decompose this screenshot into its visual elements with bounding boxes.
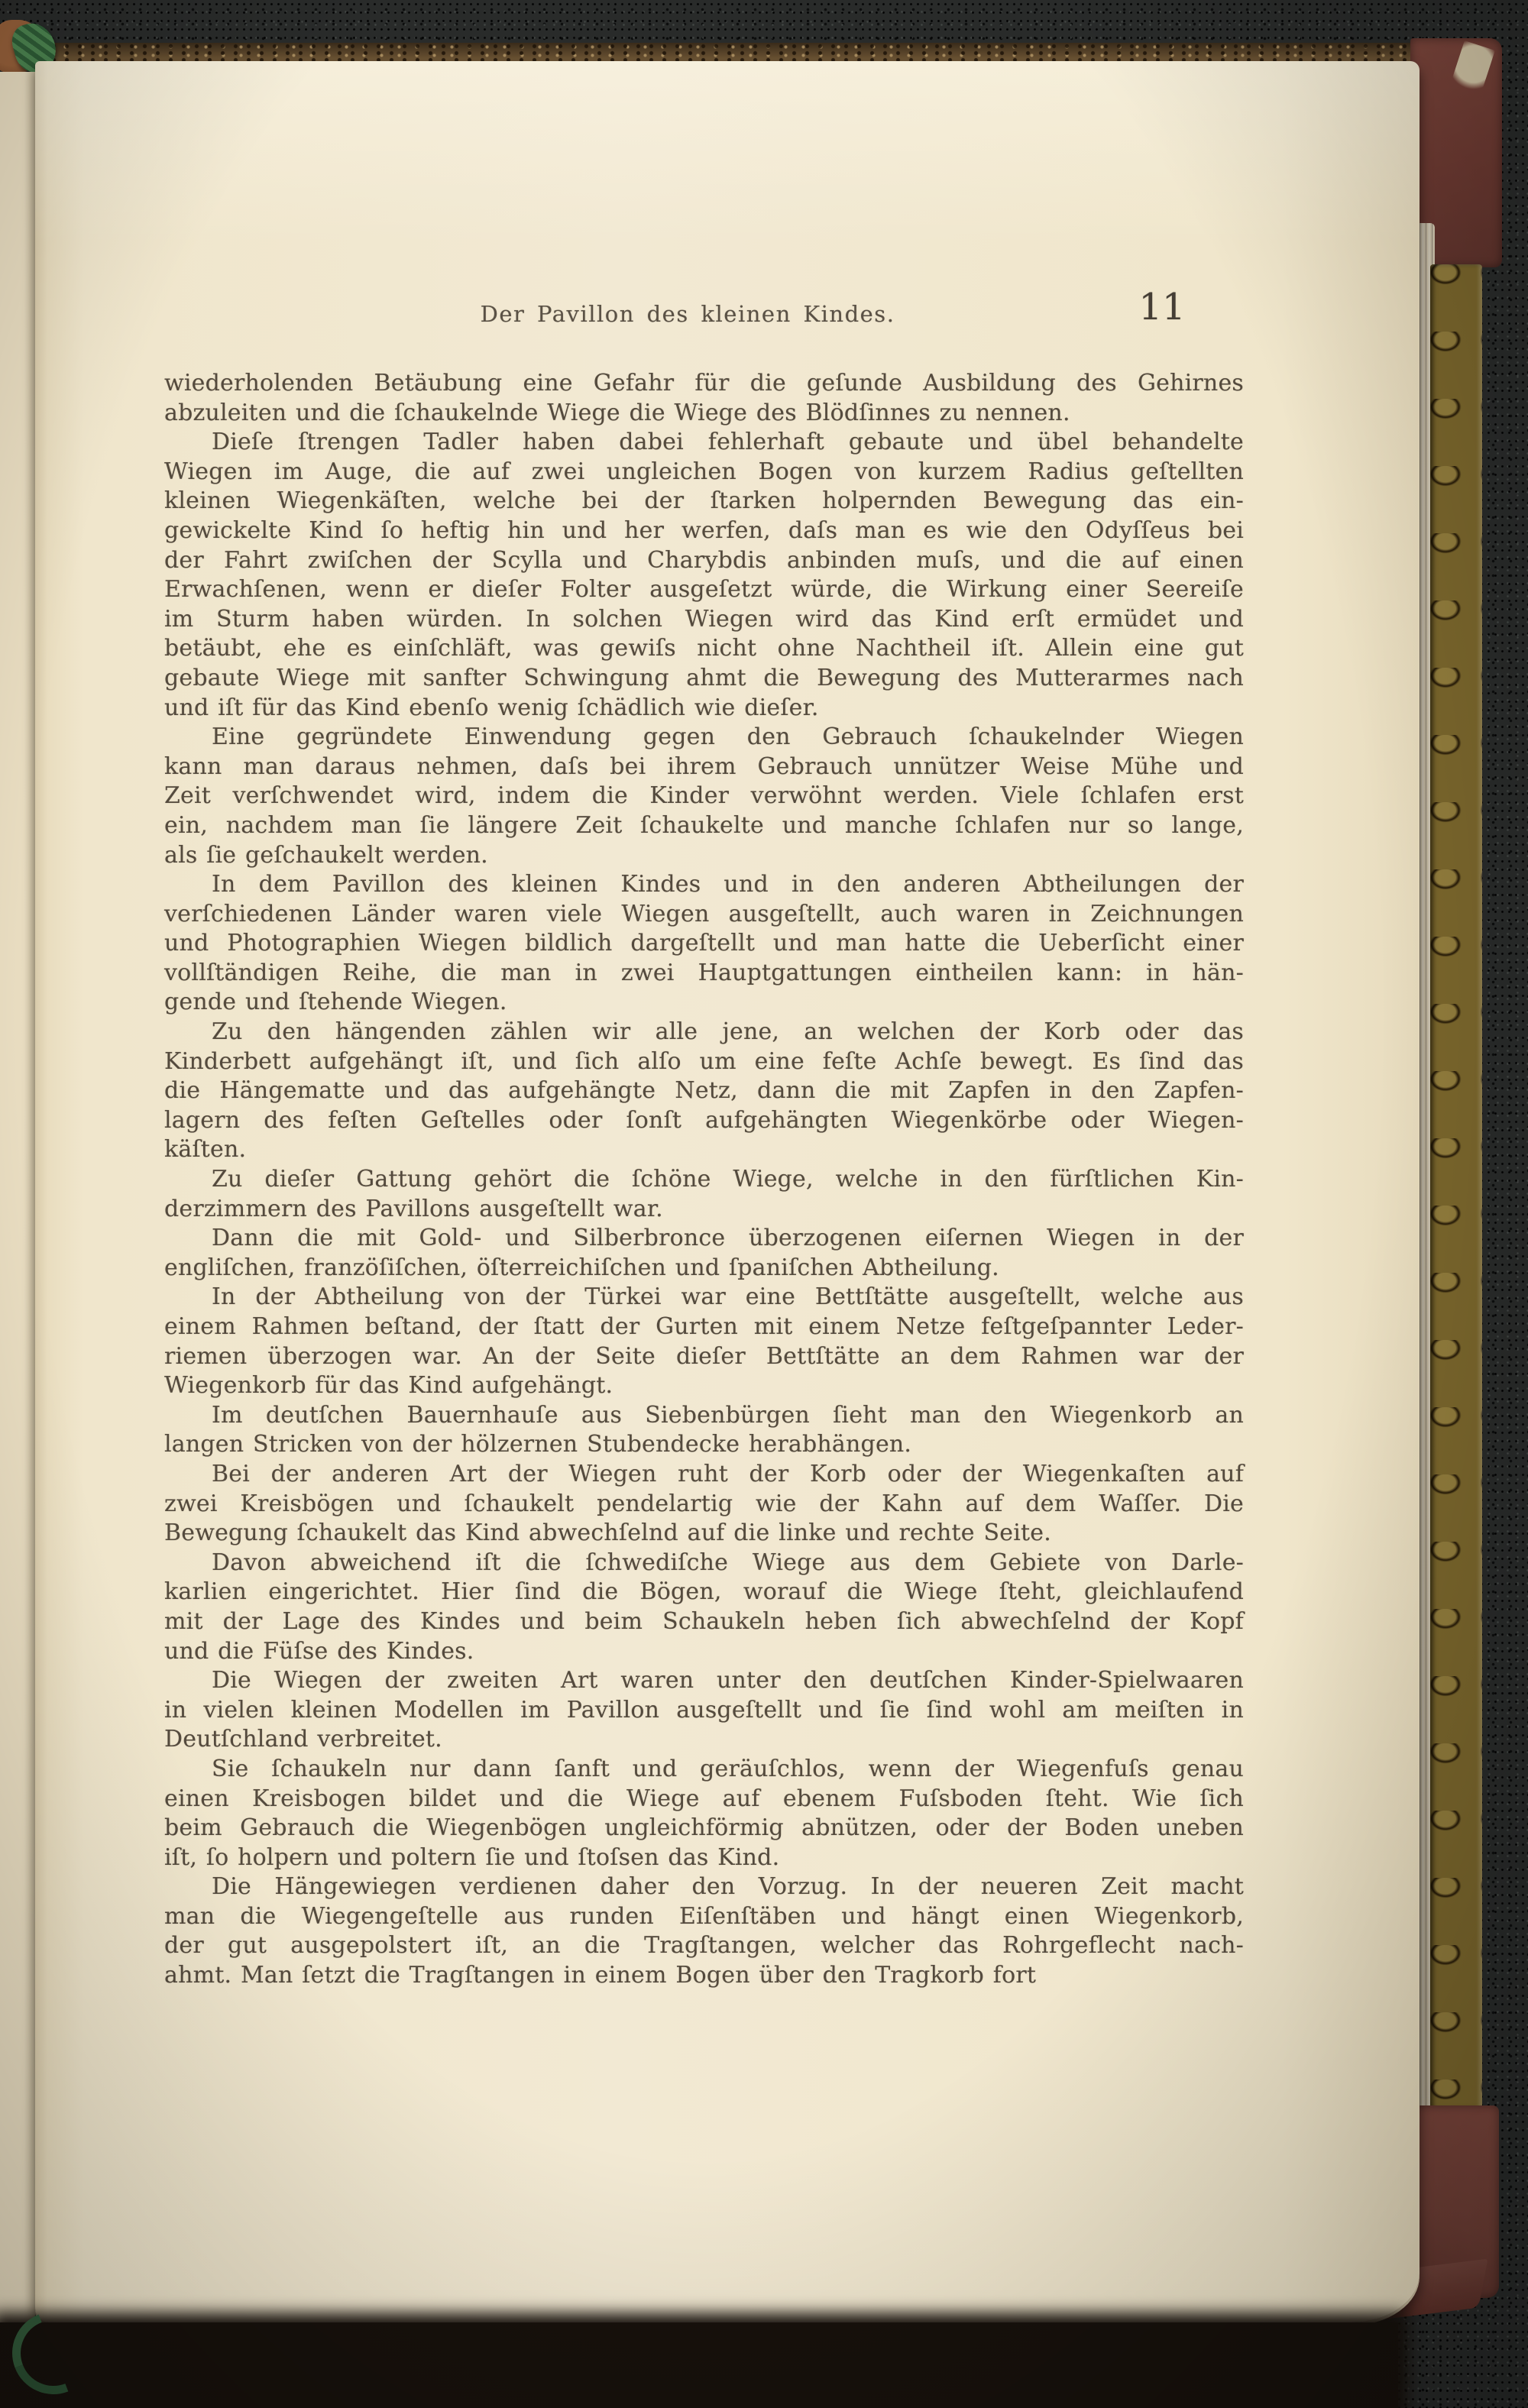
text-line: Zu dieſer Gattung gehört die ſchöne Wieg… (164, 1165, 1244, 1195)
text-line: Kinderbett aufgehängt iſt, und ſich alſo… (164, 1047, 1244, 1077)
text-line: gebaute Wiege mit sanfter Schwingung ahm… (164, 664, 1244, 694)
text-line: lagern des feſten Geſtelles oder ſonſt a… (164, 1106, 1244, 1136)
text-line: zwei Kreisbögen und ſchaukelt pendelarti… (164, 1490, 1244, 1520)
text-line: wiederholenden Betäubung eine Gefahr für… (164, 369, 1244, 399)
text-line: einem Rahmen beſtand, der ſtatt der Gurt… (164, 1312, 1244, 1342)
text-line: Zeit verſchwendet wird, indem die Kinder… (164, 782, 1244, 811)
text-line: Die Wiegen der zweiten Art waren unter d… (164, 1666, 1244, 1696)
text-line: kleinen Wiegenkäſten, welche bei der ſta… (164, 487, 1244, 516)
paragraph: Bei der anderen Art der Wiegen ruht der … (164, 1460, 1244, 1549)
paragraph: Im deutſchen Bauernhauſe aus Siebenbürge… (164, 1401, 1244, 1460)
text-line: Bewegung ſchaukelt das Kind abwechſelnd … (164, 1519, 1244, 1549)
text-line: derzimmern des Pavillons ausgeſtellt war… (164, 1195, 1244, 1225)
text-line: engliſchen, franzöſiſchen, öſterreichiſc… (164, 1254, 1244, 1283)
text-line: abzuleiten und die ſchaukelnde Wiege die… (164, 399, 1244, 429)
text-line: Bei der anderen Art der Wiegen ruht der … (164, 1460, 1244, 1490)
text-line: beim Gebrauch die Wiegenbögen ungleichfö… (164, 1814, 1244, 1843)
text-line: iſt, ſo holpern und poltern ſie und ſtoſ… (164, 1843, 1244, 1873)
text-line: Im deutſchen Bauernhauſe aus Siebenbürge… (164, 1401, 1244, 1431)
text-line: die Hängematte und das aufgehängte Netz,… (164, 1076, 1244, 1106)
text-line: verſchiedenen Länder waren viele Wiegen … (164, 900, 1244, 930)
text-line: riemen überzogen war. An der Seite dieſe… (164, 1342, 1244, 1372)
page-number: 11 (1128, 286, 1196, 329)
text-line: Erwachſenen, wenn er dieſer Folter ausge… (164, 575, 1244, 605)
text-line: Zu den hängenden zählen wir alle jene, a… (164, 1018, 1244, 1047)
running-head-title: Der Pavillon des kleinen Kindes. (458, 301, 917, 327)
paragraph: Eine gegründete Einwendung gegen den Geb… (164, 723, 1244, 870)
text-line: Davon abweichend iſt die ſchwediſche Wie… (164, 1549, 1244, 1578)
text-line: Sie ſchaukeln nur dann ſanft und geräuſc… (164, 1755, 1244, 1785)
facing-page-edge (0, 72, 35, 2327)
paragraph: Dieſe ſtrengen Tadler haben dabei fehler… (164, 428, 1244, 723)
text-line: betäubt, ehe es einſchläft, was gewiſs n… (164, 634, 1244, 664)
text-line: In dem Pavillon des kleinen Kindes und i… (164, 870, 1244, 900)
text-line: Dann die mit Gold- und Silberbronce über… (164, 1224, 1244, 1254)
paragraph: Die Hängewiegen verdienen daher den Vorz… (164, 1872, 1244, 1990)
paragraph: wiederholenden Betäubung eine Gefahr für… (164, 369, 1244, 428)
text-line: Dieſe ſtrengen Tadler haben dabei fehler… (164, 428, 1244, 458)
text-line: einen Kreisbogen bildet und die Wiege au… (164, 1785, 1244, 1814)
text-line: und Photographien Wiegen bildlich dargeſ… (164, 929, 1244, 959)
paragraph: Die Wiegen der zweiten Art waren unter d… (164, 1666, 1244, 1755)
paragraph: Sie ſchaukeln nur dann ſanft und geräuſc… (164, 1755, 1244, 1872)
paragraph: Zu den hängenden zählen wir alle jene, a… (164, 1018, 1244, 1165)
text-line: im Sturm haben würden. In solchen Wiegen… (164, 605, 1244, 635)
text-block: wiederholenden Betäubung eine Gefahr für… (164, 369, 1244, 1991)
text-line: und iſt für das Kind ebenſo wenig ſchädl… (164, 694, 1244, 723)
text-line: ein, nachdem man ſie längere Zeit ſchauk… (164, 811, 1244, 841)
text-line: In der Abtheilung von der Türkei war ein… (164, 1283, 1244, 1312)
text-line: in vielen kleinen Modellen im Pavillon a… (164, 1696, 1244, 1726)
text-line: Deutſchland verbreitet. (164, 1725, 1244, 1755)
text-line: karlien eingerichtet. Hier ſind die Böge… (164, 1578, 1244, 1607)
paragraph: In der Abtheilung von der Türkei war ein… (164, 1283, 1244, 1400)
text-line: gewickelte Kind ſo heftig hin und her we… (164, 516, 1244, 546)
text-line: Eine gegründete Einwendung gegen den Geb… (164, 723, 1244, 752)
text-line: gende und ſtehende Wiegen. (164, 988, 1244, 1018)
text-line: man die Wiegengeſtelle aus runden Eiſenſ… (164, 1902, 1244, 1932)
text-line: Wiegen im Auge, die auf zwei ungleichen … (164, 458, 1244, 487)
text-line: käſten. (164, 1135, 1244, 1165)
text-line: kann man daraus nehmen, daſs bei ihrem G… (164, 752, 1244, 782)
text-line: und die Füſse des Kindes. (164, 1637, 1244, 1667)
paragraph: Davon abweichend iſt die ſchwediſche Wie… (164, 1549, 1244, 1666)
text-line: der gut ausgepolstert iſt, an die Tragſt… (164, 1931, 1244, 1961)
text-line: langen Stricken von der hölzernen Stuben… (164, 1430, 1244, 1460)
text-line: ahmt. Man ſetzt die Tragſtangen in einem… (164, 1961, 1244, 1991)
text-line: mit der Lage des Kindes und beim Schauke… (164, 1607, 1244, 1637)
text-line: vollſtändigen Reihe, die man in zwei Hau… (164, 959, 1244, 989)
marbled-cover-edge (1430, 264, 1482, 2109)
bottom-board-shadow (0, 2322, 1398, 2408)
text-line: Wiegenkorb für das Kind aufgehängt. (164, 1371, 1244, 1401)
paragraph: Zu dieſer Gattung gehört die ſchöne Wieg… (164, 1165, 1244, 1224)
paragraph: In dem Pavillon des kleinen Kindes und i… (164, 870, 1244, 1018)
paragraph: Dann die mit Gold- und Silberbronce über… (164, 1224, 1244, 1283)
text-line: der Fahrt zwiſchen der Scylla und Charyb… (164, 546, 1244, 576)
text-line: als ſie geſchaukelt werden. (164, 841, 1244, 871)
text-line: Die Hängewiegen verdienen daher den Vorz… (164, 1872, 1244, 1902)
